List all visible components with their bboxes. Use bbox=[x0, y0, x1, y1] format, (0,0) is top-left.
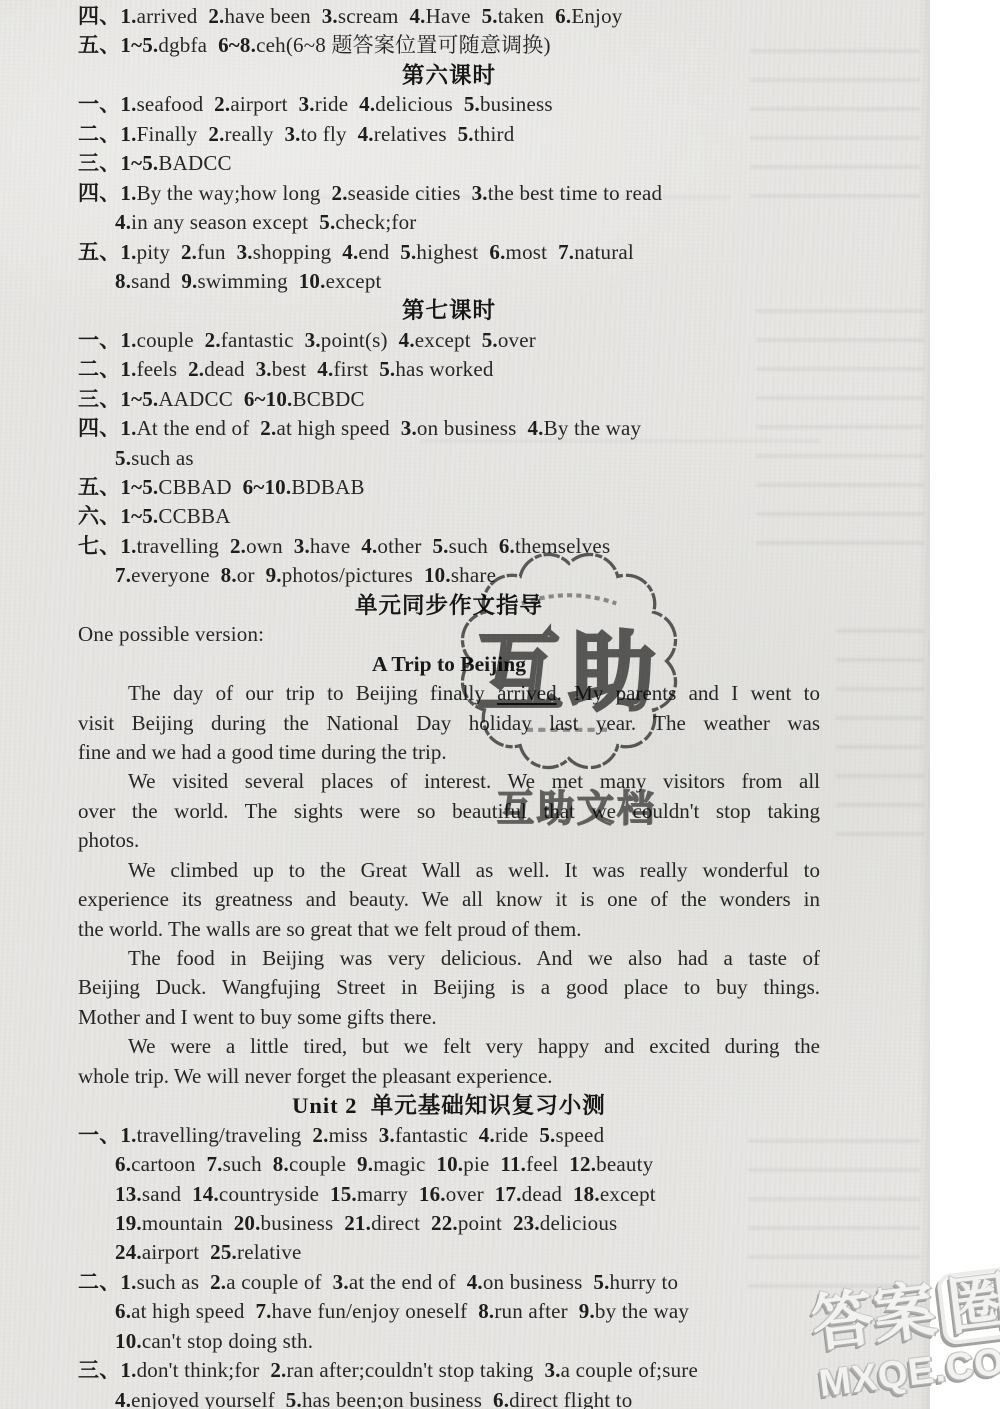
answer-line: 四、1.At the end of 2.at high speed 3.on b… bbox=[78, 414, 820, 443]
scanned-answer-page: 四、1.arrived 2.have been 3.scream 4.Have … bbox=[0, 0, 1000, 1409]
answer-line: 三、1~5.BADCC bbox=[78, 149, 820, 178]
answer-line: 四、1.arrived 2.have been 3.scream 4.Have … bbox=[78, 2, 820, 31]
answer-line: 7.everyone 8.or 9.photos/pictures 10.sha… bbox=[78, 561, 820, 590]
essay-line: visit Beijing during the National Day ho… bbox=[78, 709, 820, 738]
essay-line: We visited several places of interest. W… bbox=[78, 767, 820, 796]
answer-line: 五、1.pity 2.fun 3.shopping 4.end 5.highes… bbox=[78, 238, 820, 267]
section-heading-unit2-quiz: Unit 2 单元基础知识复习小测 bbox=[78, 1091, 820, 1120]
essay-line: photos. bbox=[78, 826, 820, 855]
essay-line: We were a little tired, but we felt very… bbox=[78, 1032, 820, 1061]
essay-line: the world. The walls are so great that w… bbox=[78, 915, 820, 944]
answer-line: 4.in any season except 5.check;for bbox=[78, 208, 820, 237]
section-heading-writing-guide: 单元同步作文指导 bbox=[78, 591, 820, 620]
section-heading-lesson-6: 第六课时 bbox=[78, 61, 820, 90]
essay-line: The day of our trip to Beijing finally a… bbox=[78, 679, 820, 708]
answer-line: 6.at high speed 7.have fun/enjoy oneself… bbox=[78, 1297, 820, 1326]
answer-line: 二、1.such as 2.a couple of 3.at the end o… bbox=[78, 1268, 820, 1297]
answer-line: 4.enjoyed yourself 5.has been;on busines… bbox=[78, 1386, 820, 1409]
lead-in-line: One possible version: bbox=[78, 620, 820, 649]
essay-line: Beijing Duck. Wangfujing Street in Beiji… bbox=[78, 973, 820, 1002]
essay-line: Mother and I went to buy some gifts ther… bbox=[78, 1003, 820, 1032]
answer-line: 四、1.By the way;how long 2.seaside cities… bbox=[78, 179, 820, 208]
huzhu-caption-watermark: 互助文档 bbox=[497, 778, 657, 832]
essay-text: The day of our trip to Beijing finally bbox=[128, 681, 497, 705]
answer-line: 一、1.couple 2.fantastic 3.point(s) 4.exce… bbox=[78, 326, 820, 355]
answer-line: 三、1.don't think;for 2.ran after;couldn't… bbox=[78, 1356, 820, 1385]
answer-line: 二、1.Finally 2.really 3.to fly 4.relative… bbox=[78, 120, 820, 149]
answer-line: 三、1~5.AADCC 6~10.BCBDC bbox=[78, 385, 820, 414]
huzhu-stamp-icon: 互助 bbox=[456, 548, 682, 774]
answer-line: 13.sand 14.countryside 15.marry 16.over … bbox=[78, 1180, 820, 1209]
site-watermark-boxed-char: 圈 bbox=[936, 1266, 1000, 1346]
answer-line: 10.can't stop doing sth. bbox=[78, 1327, 820, 1356]
answer-line: 六、1~5.CCBBA bbox=[78, 502, 820, 531]
answer-line: 五、1~5.CBBAD 6~10.BDBAB bbox=[78, 473, 820, 502]
stamp-characters: 互助 bbox=[477, 625, 662, 721]
answer-line: 19.mountain 20.business 21.direct 22.poi… bbox=[78, 1209, 820, 1238]
answer-column: 四、1.arrived 2.have been 3.scream 4.Have … bbox=[78, 2, 820, 1409]
answer-line: 6.cartoon 7.such 8.couple 9.magic 10.pie… bbox=[78, 1150, 820, 1179]
answer-line: 五、1~5.dgbfa 6~8.ceh(6~8 题答案位置可随意调换) bbox=[78, 31, 820, 60]
answer-line: 二、1.feels 2.dead 3.best 4.first 5.has wo… bbox=[78, 355, 820, 384]
section-heading-lesson-7: 第七课时 bbox=[78, 296, 820, 325]
answer-line: 24.airport 25.relative bbox=[78, 1238, 820, 1267]
answer-line: 七、1.travelling 2.own 3.have 4.other 5.su… bbox=[78, 532, 820, 561]
essay-line: over the world. The sights were so beaut… bbox=[78, 797, 820, 826]
essay-line: The food in Beijing was very delicious. … bbox=[78, 944, 820, 973]
bleedthrough-smudge bbox=[836, 620, 924, 860]
answer-line: 一、1.travelling/traveling 2.miss 3.fantas… bbox=[78, 1121, 820, 1150]
essay-line: whole trip. We will never forget the ple… bbox=[78, 1062, 820, 1091]
essay-line: We climbed up to the Great Wall as well.… bbox=[78, 856, 820, 885]
stamp-top-microtext bbox=[522, 595, 617, 603]
answer-line: 8.sand 9.swimming 10.except bbox=[78, 267, 820, 296]
answer-line: 一、1.seafood 2.airport 3.ride 4.delicious… bbox=[78, 90, 820, 119]
site-watermark-cn-prefix: 答案 bbox=[808, 1277, 939, 1360]
essay-line: experience its greatness and beauty. We … bbox=[78, 885, 820, 914]
essay-title: A Trip to Beijing bbox=[78, 650, 820, 679]
essay-line: fine and we had a good time during the t… bbox=[78, 738, 820, 767]
answer-line: 5.such as bbox=[78, 444, 820, 473]
